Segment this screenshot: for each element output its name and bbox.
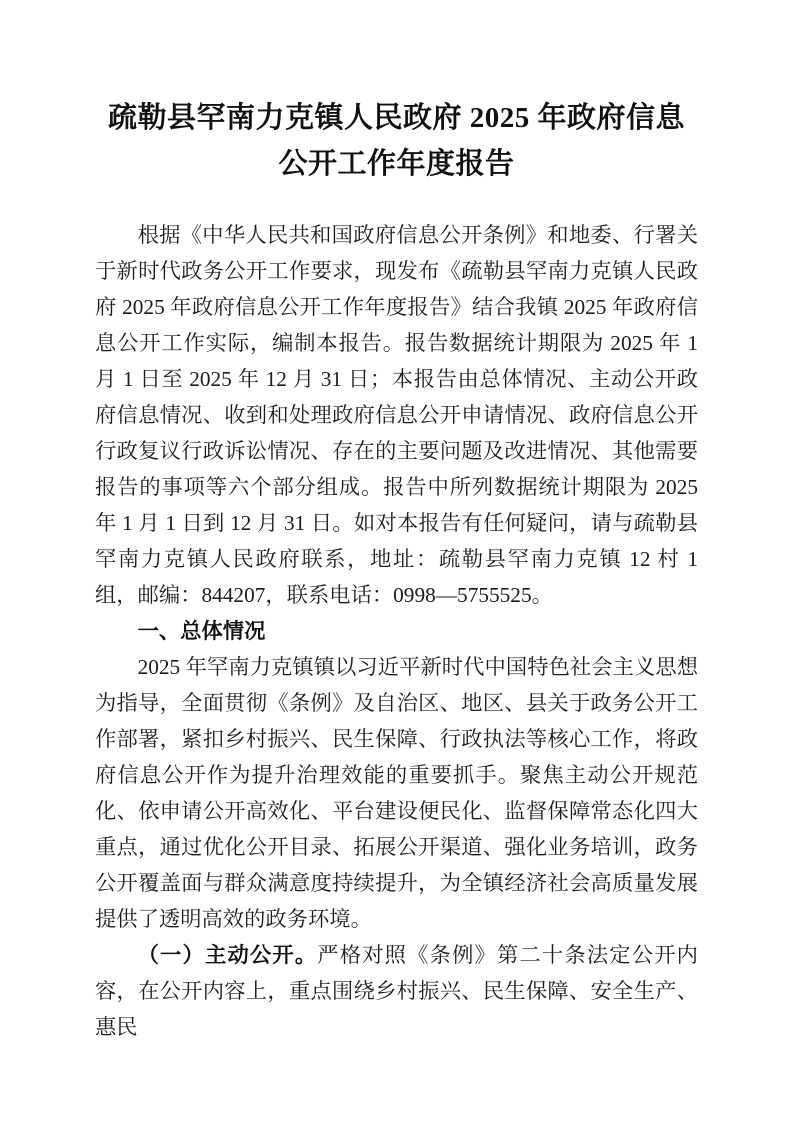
document-title: 疏勒县罕南力克镇人民政府 2025 年政府信息公开工作年度报告 (95, 95, 698, 187)
paragraph-overall-situation: 2025 年罕南力克镇镇以习近平新时代中国特色社会主义思想为指导，全面贯彻《条例… (95, 649, 698, 937)
section-heading-overall-situation: 一、总体情况 (95, 613, 698, 649)
proactive-disclosure-lead: （一）主动公开。 (138, 943, 318, 967)
document-page: 疏勒县罕南力克镇人民政府 2025 年政府信息公开工作年度报告 根据《中华人民共… (0, 0, 793, 1122)
paragraph-introduction: 根据《中华人民共和国政府信息公开条例》和地委、行署关于新时代政务公开工作要求，现… (95, 217, 698, 613)
paragraph-proactive-disclosure: （一）主动公开。严格对照《条例》第二十条法定公开内容，在公开内容上，重点围绕乡村… (95, 937, 698, 1045)
